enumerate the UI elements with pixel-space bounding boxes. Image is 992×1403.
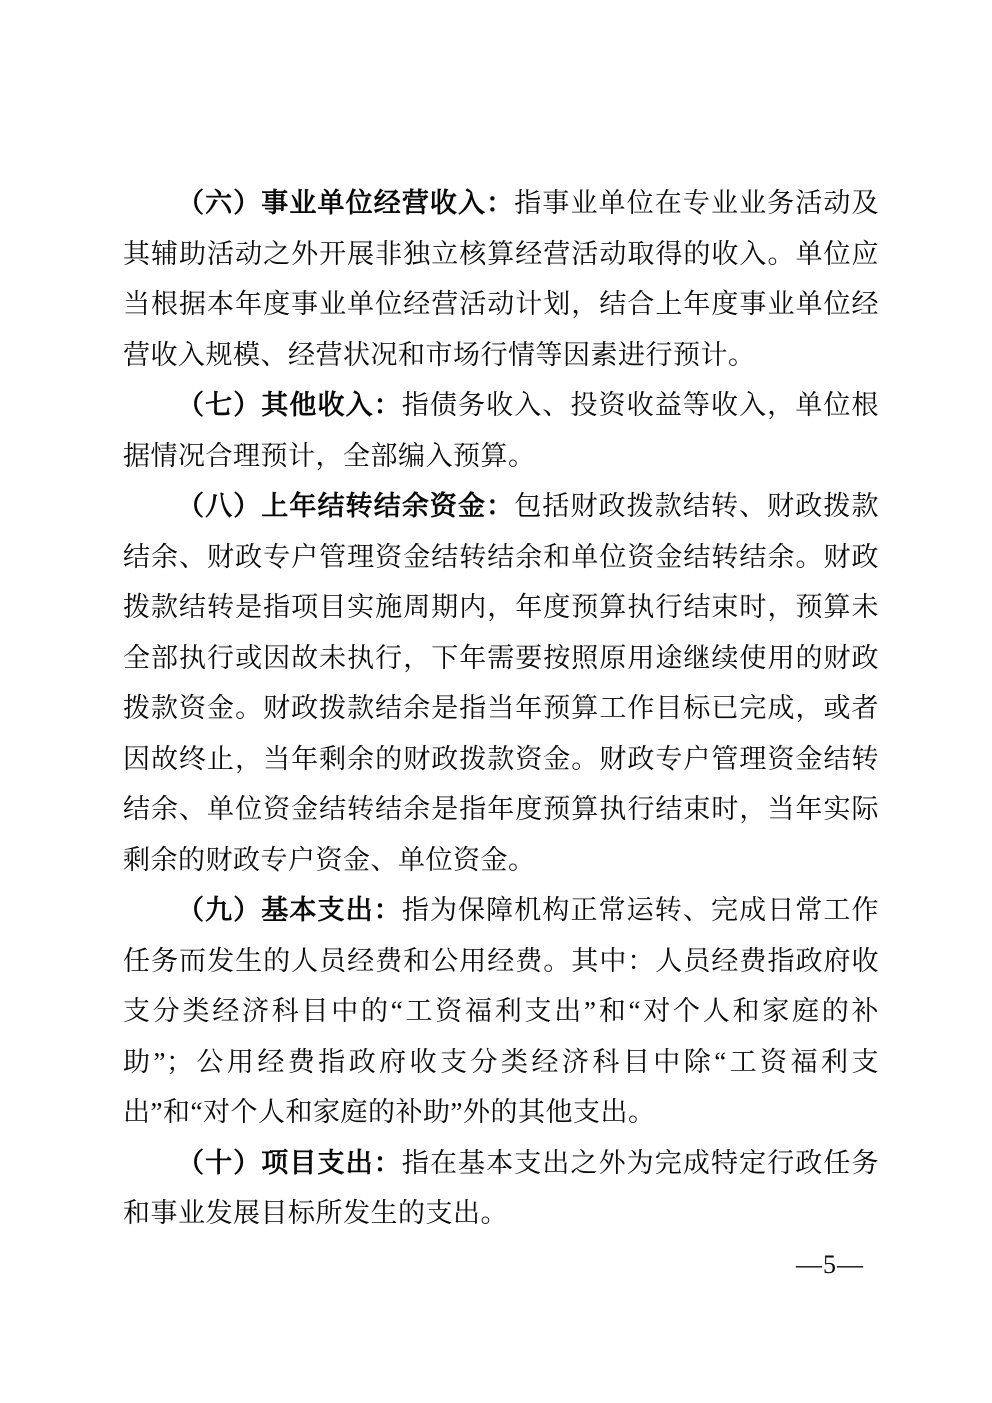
document-body: （六）事业单位经营收入：指事业单位在专业业务活动及其辅助活动之外开展非独立核算经… xyxy=(123,178,879,1239)
paragraph-item-7-lead: （七）其他收入： xyxy=(177,390,402,420)
paragraph-item-7: （七）其他收入：指债务收入、投资收益等收入，单位根据情况合理预计，全部编入预算。 xyxy=(123,380,879,481)
paragraph-item-8-lead: （八）上年结转结余资金： xyxy=(177,491,514,521)
paragraph-item-6-lead: （六）事业单位经营收入： xyxy=(177,188,514,218)
paragraph-item-10-lead: （十）项目支出： xyxy=(177,1148,402,1178)
paragraph-item-8: （八）上年结转结余资金：包括财政拨款结转、财政拨款结余、财政专户管理资金结转结余… xyxy=(123,481,879,885)
paragraph-item-9-lead: （九）基本支出： xyxy=(177,895,402,925)
document-page: （六）事业单位经营收入：指事业单位在专业业务活动及其辅助活动之外开展非独立核算经… xyxy=(0,0,992,1403)
paragraph-item-10: （十）项目支出：指在基本支出之外为完成特定行政任务和事业发展目标所发生的支出。 xyxy=(123,1138,879,1239)
paragraph-item-9: （九）基本支出：指为保障机构正常运转、完成日常工作任务而发生的人员经费和公用经费… xyxy=(123,885,879,1138)
page-number: —5— xyxy=(796,1250,864,1280)
paragraph-item-6: （六）事业单位经营收入：指事业单位在专业业务活动及其辅助活动之外开展非独立核算经… xyxy=(123,178,879,380)
paragraph-item-8-body: 包括财政拨款结转、财政拨款结余、财政专户管理资金结转结余和单位资金结转结余。财政… xyxy=(123,491,879,875)
paragraph-item-9-body: 指为保障机构正常运转、完成日常工作任务而发生的人员经费和公用经费。其中：人员经费… xyxy=(123,895,879,1127)
